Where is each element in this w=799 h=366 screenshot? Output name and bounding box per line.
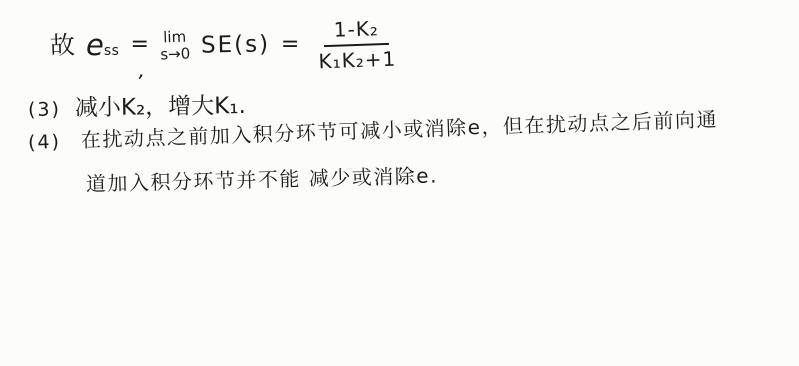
item-4-line-2: 道加入积分环节并不能 减少或消除e.: [86, 165, 438, 194]
error-symbol: ess: [86, 31, 119, 60]
steady-state-error-formula: 故 ess = lim s→0 SE(s) = 1-K₂ K₁K₂+1: [50, 18, 396, 72]
error-symbol-base: e: [86, 31, 104, 60]
item-3-text: 减小K₂，增大K₁.: [75, 95, 246, 120]
notebook-page: 故 ess = lim s→0 SE(s) = 1-K₂ K₁K₂+1 , (3…: [0, 0, 799, 366]
note-item-3: (3) 减小K₂，增大K₁.: [28, 95, 246, 121]
item-3-marker: (3): [28, 101, 61, 120]
note-item-4-continuation: 道加入积分环节并不能 减少或消除e.: [86, 165, 438, 194]
formula-lead-word: 故: [50, 32, 76, 58]
fraction-denominator: K₁K₂+1: [318, 45, 397, 74]
fraction: 1-K₂ K₁K₂+1: [317, 17, 397, 74]
equals-sign-2: =: [281, 34, 299, 56]
limit-word: lim: [163, 28, 187, 45]
transfer-expression: SE(s): [201, 33, 270, 57]
fraction-numerator: 1-K₂: [324, 17, 390, 47]
limit-operator: lim s→0: [159, 28, 190, 62]
error-symbol-subscript: ss: [104, 44, 120, 58]
limit-condition: s→0: [160, 44, 190, 62]
item-4-marker: (4): [28, 133, 62, 153]
equals-sign-1: =: [130, 34, 148, 56]
